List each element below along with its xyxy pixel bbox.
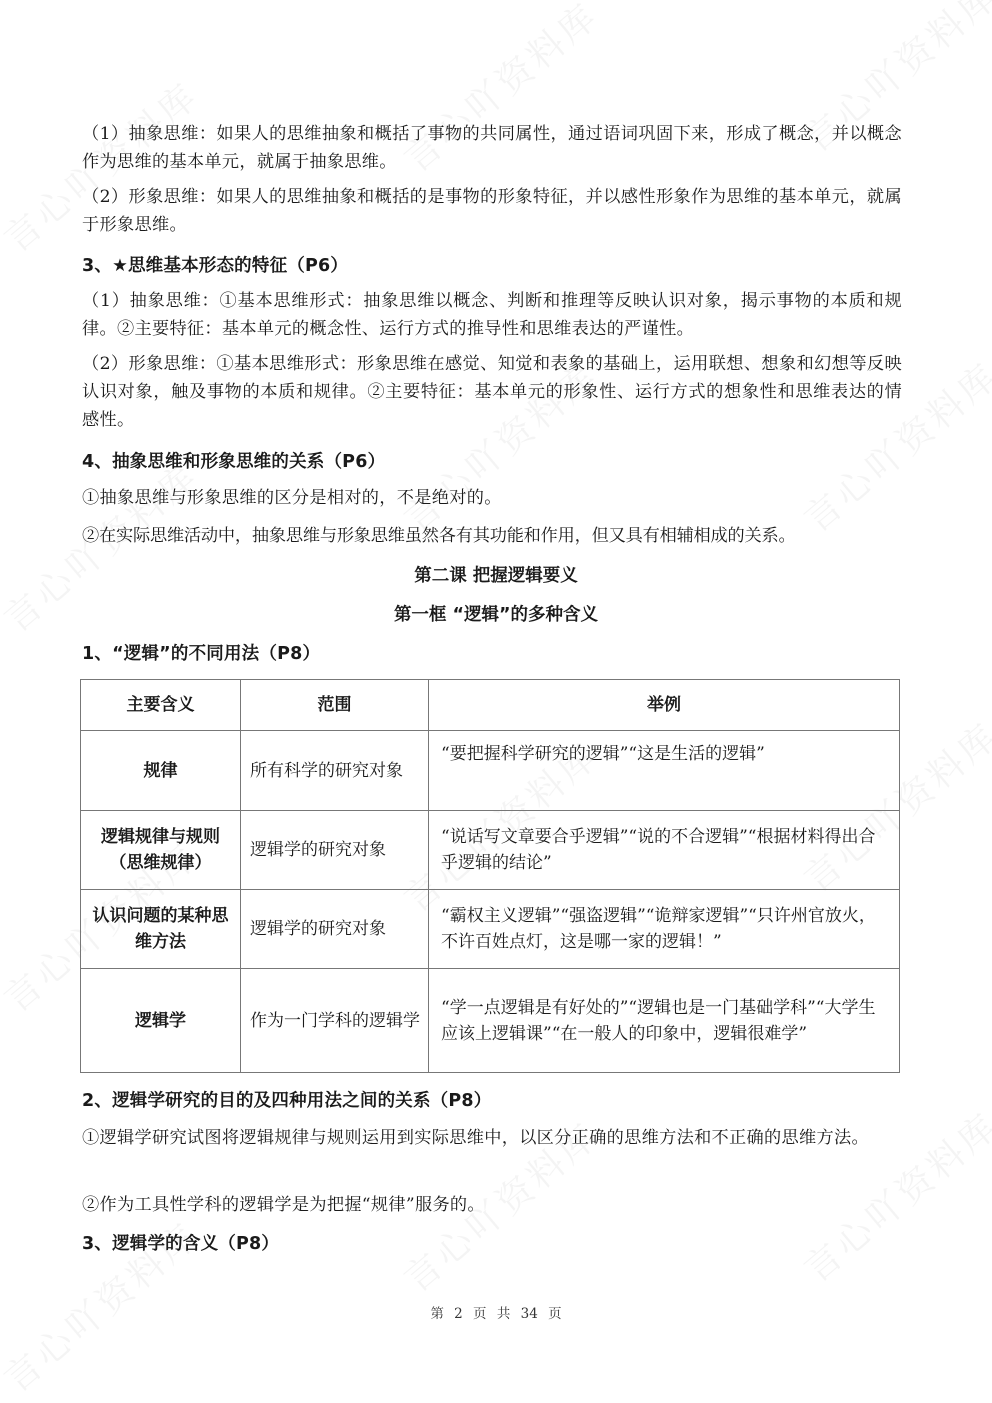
cell-example: “要把握科学研究的逻辑”“这是生活的逻辑” <box>429 731 900 811</box>
table-row: 逻辑学 作为一门学科的逻辑学 “学一点逻辑是有好处的”“逻辑也是一门基础学科”“… <box>81 969 900 1073</box>
purpose-point-1: ①逻辑学研究试图将逻辑规律与规则运用到实际思维中，以区分正确的思维方法和不正确的… <box>82 1124 902 1152</box>
image-thinking-features: （2）形象思维：①基本思维形式：形象思维在感觉、知觉和表象的基础上，运用联想、想… <box>82 350 902 434</box>
abstract-thinking-features: （1）抽象思维：①基本思维形式：抽象思维以概念、判断和推理等反映认识对象，揭示事… <box>82 287 902 343</box>
purpose-point-2: ②作为工具性学科的逻辑学是为把握“规律”服务的。 <box>82 1191 902 1219</box>
section-heading-relationship: 4、抽象思维和形象思维的关系（P6） <box>82 448 385 476</box>
relationship-point-2: ②在实际思维活动中，抽象思维与形象思维虽然各有其功能和作用，但又具有相辅相成的关… <box>82 522 902 550</box>
frame-title: 第一框 “逻辑”的多种含义 <box>0 601 992 629</box>
table-row: 逻辑规律与规则（思维规律） 逻辑学的研究对象 “说话写文章要合乎逻辑”“说的不合… <box>81 811 900 890</box>
column-header-meaning: 主要含义 <box>81 680 241 731</box>
cell-meaning: 认识问题的某种思维方法 <box>81 890 241 969</box>
cell-meaning: 逻辑规律与规则（思维规律） <box>81 811 241 890</box>
logic-usage-table: 主要含义 范围 举例 规律 所有科学的研究对象 “要把握科学研究的逻辑”“这是生… <box>80 679 900 1073</box>
lesson-title: 第二课 把握逻辑要义 <box>0 562 992 590</box>
cell-meaning: 规律 <box>81 731 241 811</box>
cell-scope: 作为一门学科的逻辑学 <box>241 969 429 1073</box>
cell-example: “学一点逻辑是有好处的”“逻辑也是一门基础学科”“大学生应该上逻辑课”“在一般人… <box>429 969 900 1073</box>
cell-scope: 逻辑学的研究对象 <box>241 890 429 969</box>
table-header-row: 主要含义 范围 举例 <box>81 680 900 731</box>
cell-scope: 所有科学的研究对象 <box>241 731 429 811</box>
cell-scope: 逻辑学的研究对象 <box>241 811 429 890</box>
abstract-thinking-definition: （1）抽象思维：如果人的思维抽象和概括了事物的共同属性，通过语词巩固下来，形成了… <box>82 120 902 176</box>
relationship-point-1: ①抽象思维与形象思维的区分是相对的，不是绝对的。 <box>82 484 902 512</box>
table-row: 认识问题的某种思维方法 逻辑学的研究对象 “霸权主义逻辑”“强盗逻辑”“诡辩家逻… <box>81 890 900 969</box>
document-page: 言心吖资料库 言心吖资料库 言心吖资料库 言心吖资料库 言心吖资料库 言心吖资料… <box>0 0 992 1403</box>
section-heading-purpose: 2、逻辑学研究的目的及四种用法之间的关系（P8） <box>82 1087 491 1115</box>
table-row: 规律 所有科学的研究对象 “要把握科学研究的逻辑”“这是生活的逻辑” <box>81 731 900 811</box>
section-heading-usage: 1、“逻辑”的不同用法（P8） <box>82 640 320 668</box>
section-heading-features: 3、★思维基本形态的特征（P6） <box>82 252 348 280</box>
page-number: 第 2 页 共 34 页 <box>0 1302 992 1322</box>
image-thinking-definition: （2）形象思维：如果人的思维抽象和概括的是事物的形象特征，并以感性形象作为思维的… <box>82 183 902 239</box>
column-header-scope: 范围 <box>241 680 429 731</box>
section-heading-meaning: 3、逻辑学的含义（P8） <box>82 1230 279 1258</box>
cell-meaning: 逻辑学 <box>81 969 241 1073</box>
column-header-example: 举例 <box>429 680 900 731</box>
cell-example: “霸权主义逻辑”“强盗逻辑”“诡辩家逻辑”“只许州官放火，不许百姓点灯，这是哪一… <box>429 890 900 969</box>
cell-example: “说话写文章要合乎逻辑”“说的不合逻辑”“根据材料得出合乎逻辑的结论” <box>429 811 900 890</box>
